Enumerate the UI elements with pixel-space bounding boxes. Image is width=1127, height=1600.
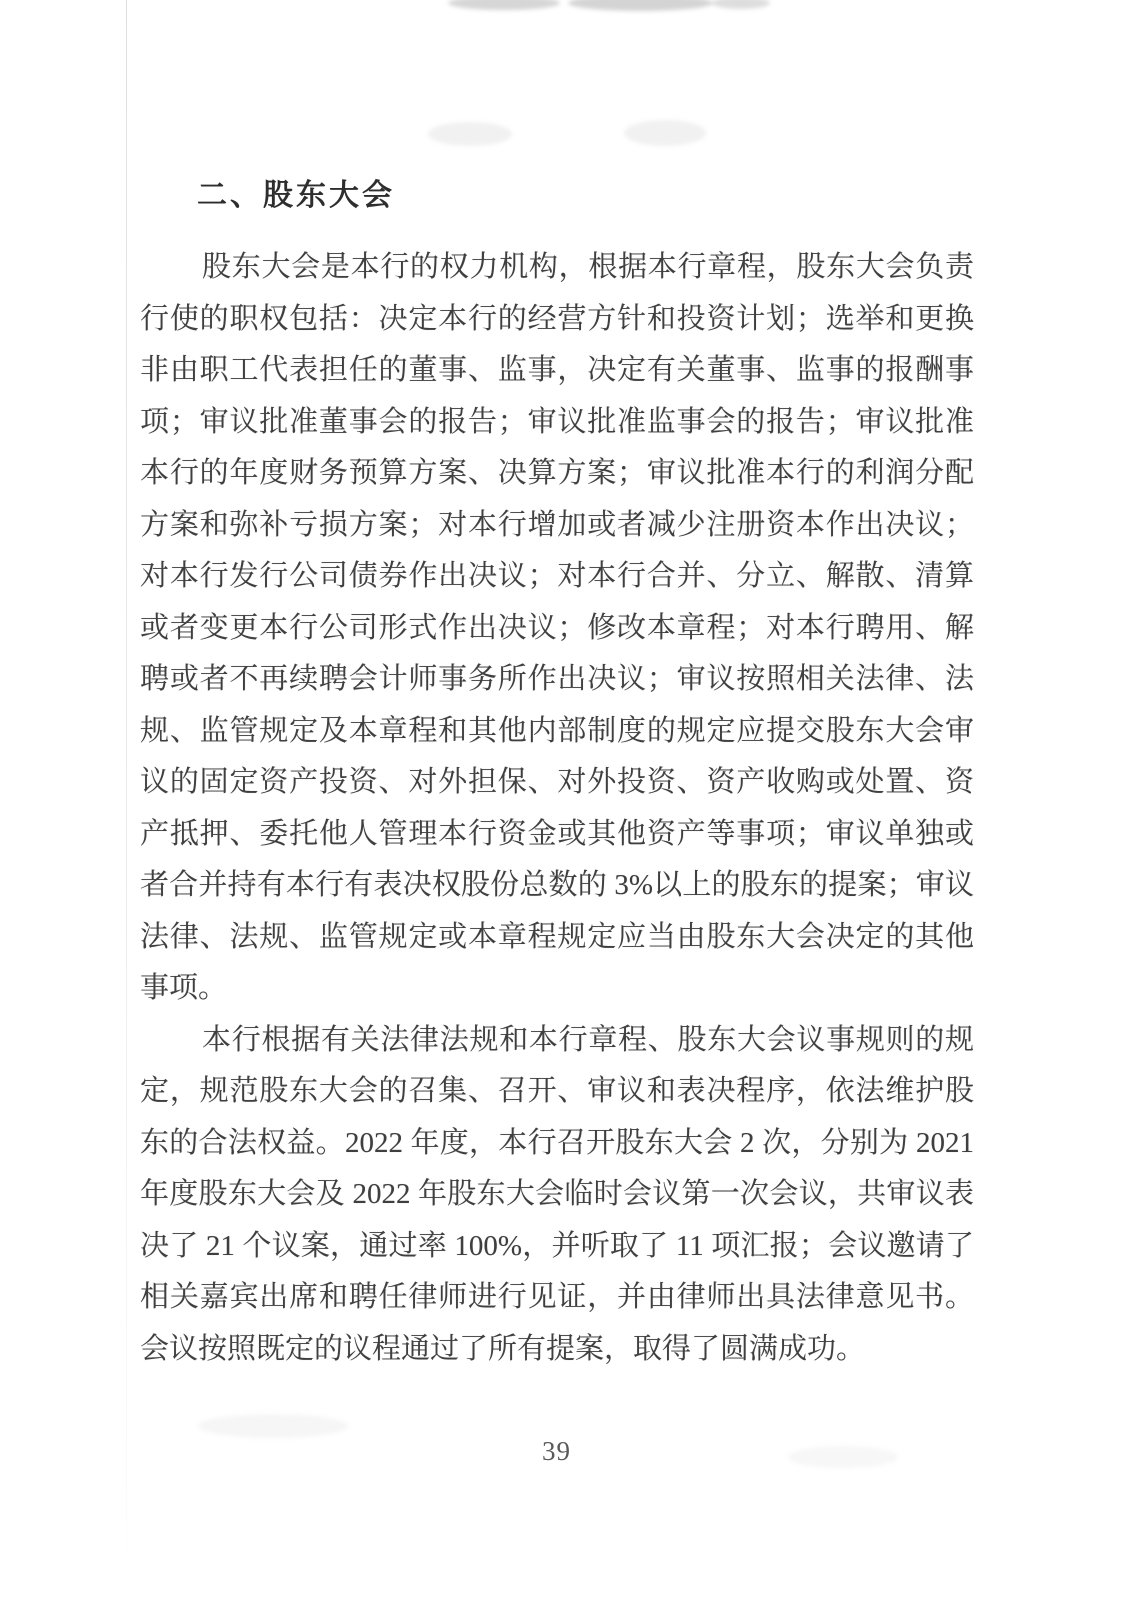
paragraph-line: 议的固定资产投资、对外担保、对外投资、资产收购或处置、资 [140, 757, 974, 809]
paragraph-line: 会议按照既定的议程通过了所有提案，取得了圆满成功。 [140, 1324, 974, 1376]
paragraph-line: 本行根据有关法律法规和本行章程、股东大会议事规则的规 [140, 1015, 974, 1067]
paragraph-line: 或者变更本行公司形式作出决议；修改本章程；对本行聘用、解 [140, 603, 974, 655]
paragraph-line: 法律、法规、监管规定或本章程规定应当由股东大会决定的其他 [140, 912, 974, 964]
paragraph-line: 决了 21 个议案，通过率 100%，并听取了 11 项汇报；会议邀请了 [140, 1221, 974, 1273]
paragraph-line: 行使的职权包括：决定本行的经营方针和投资计划；选举和更换 [140, 294, 974, 346]
paragraph-line: 聘或者不再续聘会计师事务所作出决议；审议按照相关法律、法 [140, 654, 974, 706]
scan-artifact [712, 0, 770, 9]
paragraph-line: 者合并持有本行有表决权股份总数的 3%以上的股东的提案；审议 [140, 860, 974, 912]
scan-fold-line [126, 0, 127, 1548]
scan-artifact [448, 0, 560, 10]
paragraph-line: 定，规范股东大会的召集、召开、审议和表决程序，依法维护股 [140, 1066, 974, 1118]
paragraph-line: 产抵押、委托他人管理本行资金或其他资产等事项；审议单独或 [140, 809, 974, 861]
paragraph-line: 股东大会是本行的权力机构，根据本行章程，股东大会负责 [140, 242, 974, 294]
paragraph-line: 规、监管规定及本章程和其他内部制度的规定应提交股东大会审 [140, 706, 974, 758]
paragraph-line: 年度股东大会及 2022 年股东大会临时会议第一次会议，共审议表 [140, 1169, 974, 1221]
paragraph-line: 项；审议批准董事会的报告；审议批准监事会的报告；审议批准 [140, 397, 974, 449]
section-heading: 二、股东大会 [197, 170, 395, 214]
paragraph-line: 事项。 [140, 963, 974, 1015]
paragraph-line: 方案和弥补亏损方案；对本行增加或者减少注册资本作出决议； [140, 500, 974, 552]
page-number: 39 [0, 1436, 1113, 1467]
paragraph-line: 对本行发行公司债券作出决议；对本行合并、分立、解散、清算 [140, 551, 974, 603]
scan-artifact [624, 120, 706, 146]
paragraph-line: 非由职工代表担任的董事、监事，决定有关董事、监事的报酬事 [140, 345, 974, 397]
body-text: 股东大会是本行的权力机构，根据本行章程，股东大会负责 行使的职权包括：决定本行的… [140, 242, 974, 1375]
paragraph-line: 东的合法权益。2022 年度，本行召开股东大会 2 次，分别为 2021 [140, 1118, 974, 1170]
paragraph-line: 本行的年度财务预算方案、决算方案；审议批准本行的利润分配 [140, 448, 974, 500]
document-page: 二、股东大会 股东大会是本行的权力机构，根据本行章程，股东大会负责 行使的职权包… [0, 0, 1127, 1600]
scan-artifact [568, 0, 713, 11]
scan-artifact [428, 122, 512, 146]
paragraph-line: 相关嘉宾出席和聘任律师进行见证，并由律师出具法律意见书。 [140, 1272, 974, 1324]
scan-artifact [198, 1414, 348, 1438]
